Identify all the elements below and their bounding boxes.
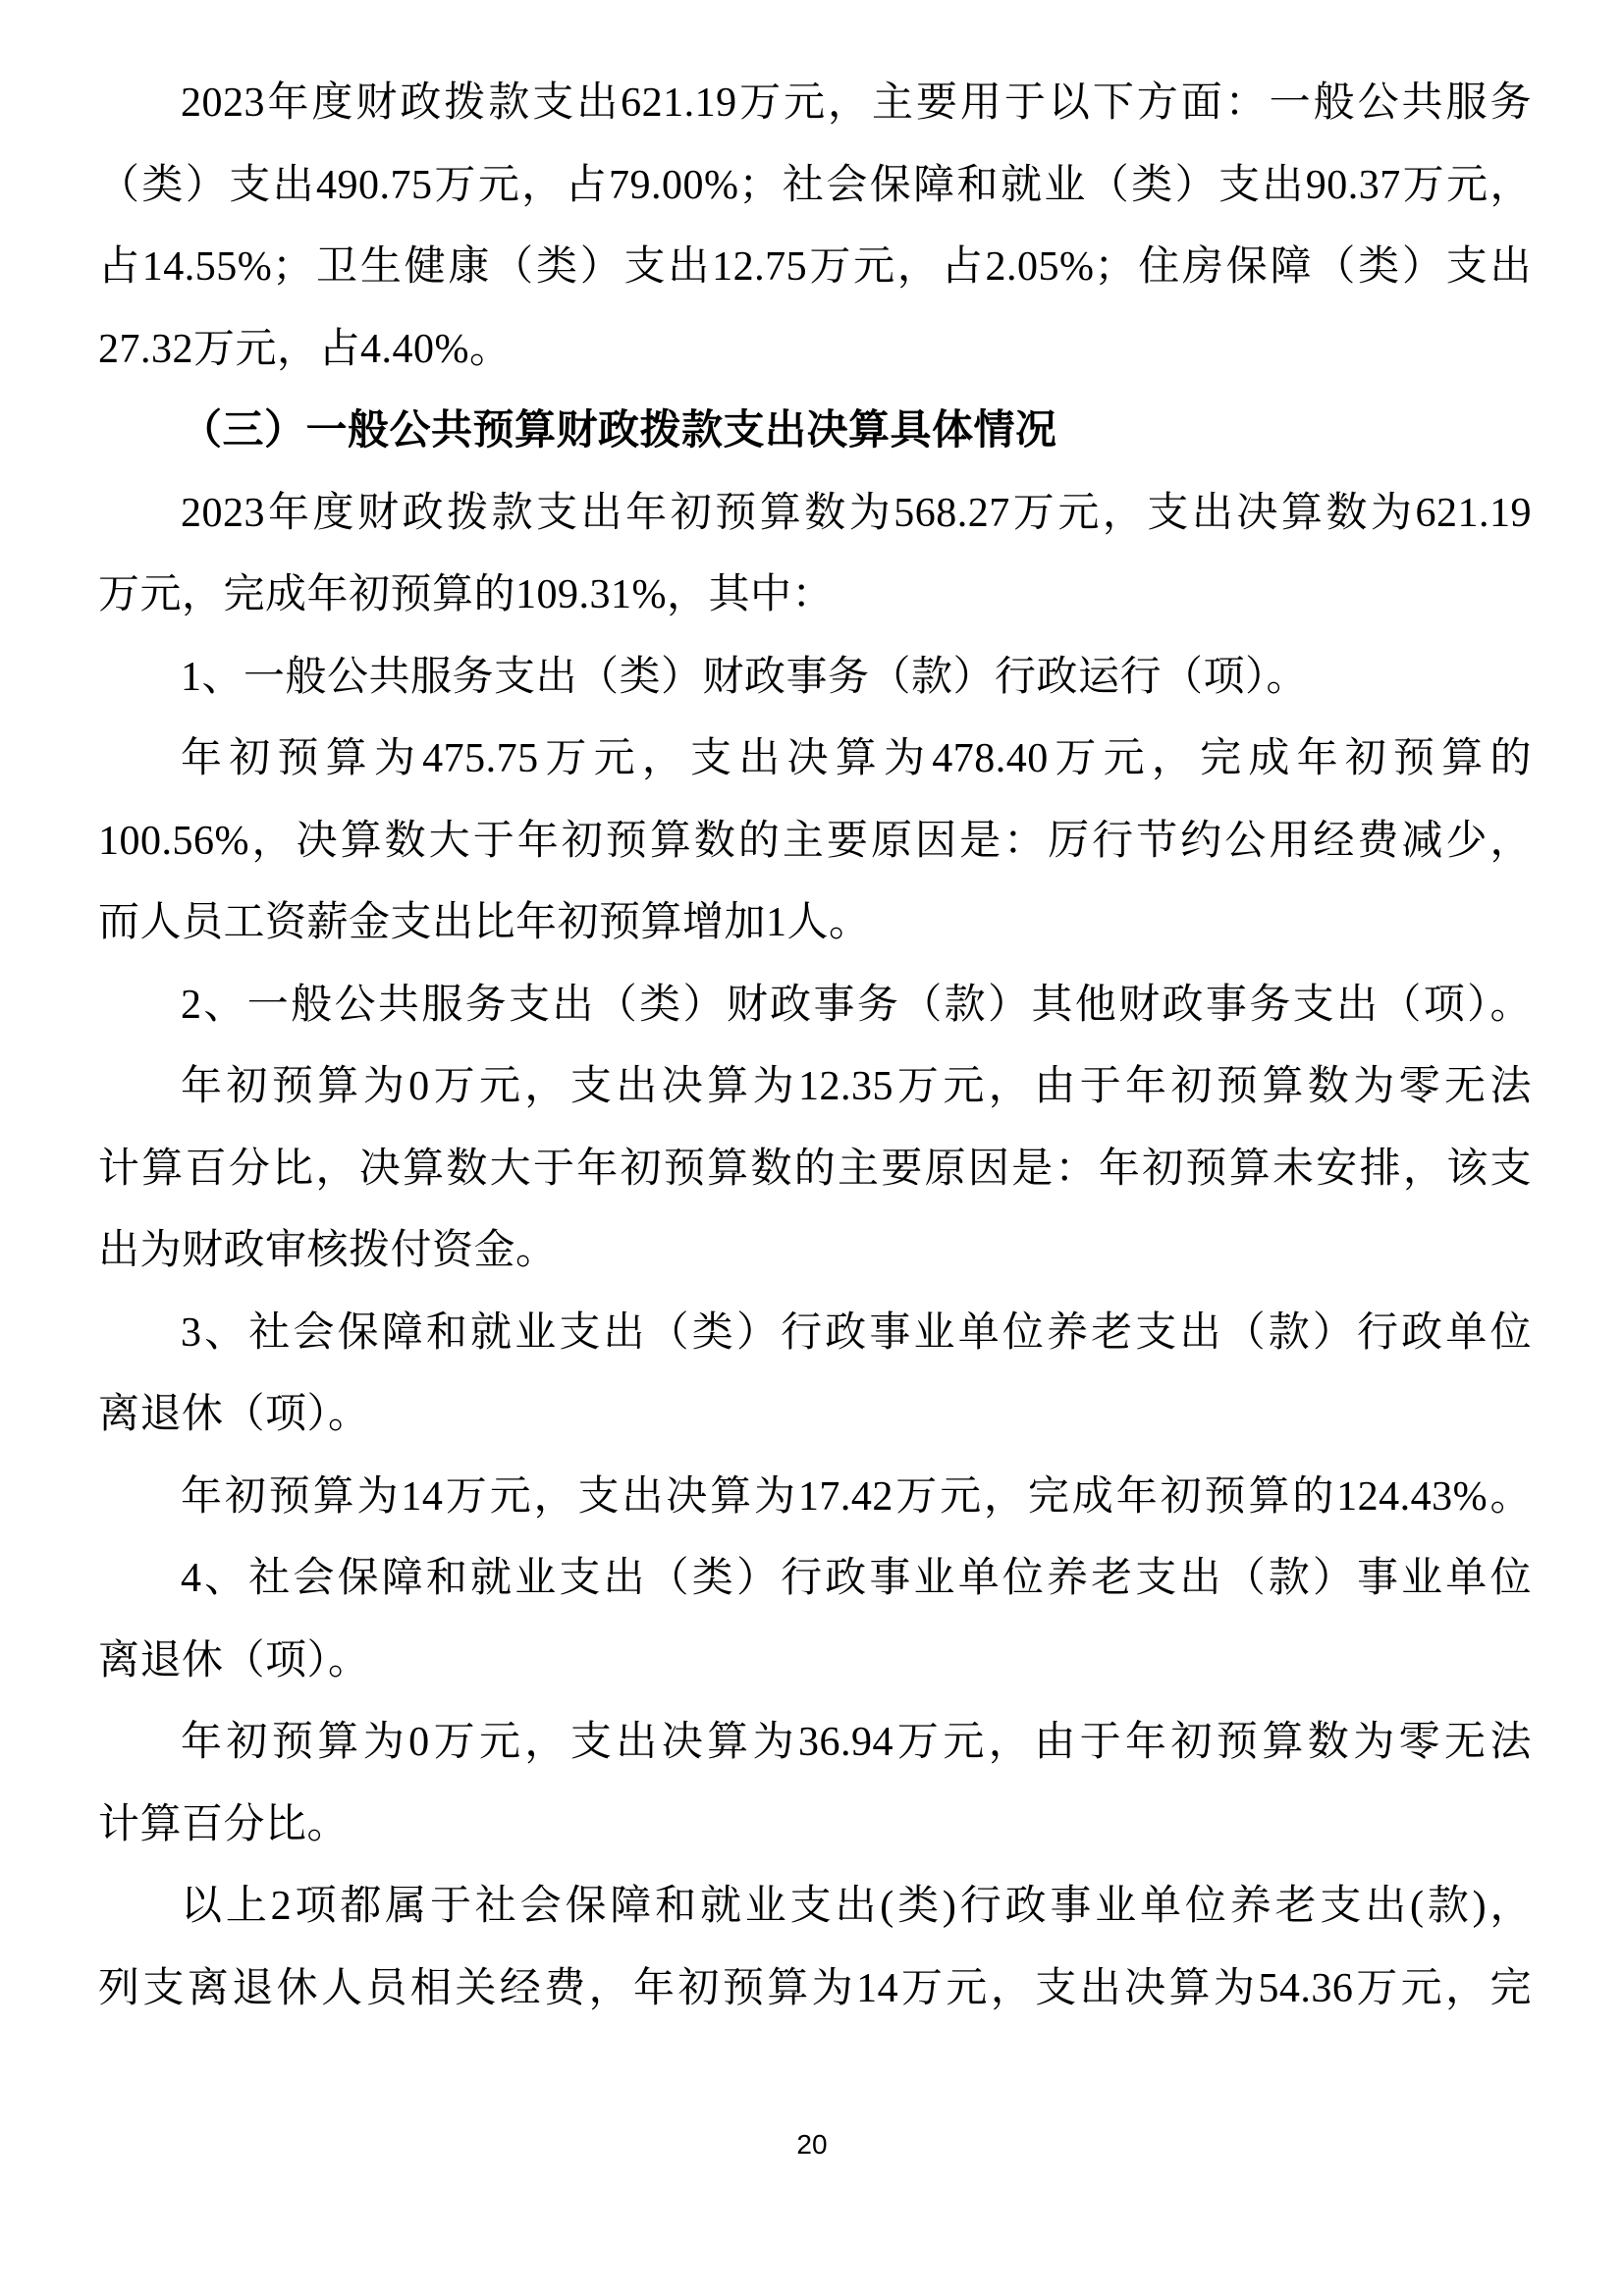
text-line: 年初预算为475.75万元，支出决算为478.40万元，完成年初预算的 (98, 719, 1532, 801)
text-line: 以上2项都属于社会保障和就业支出(类)行政事业单位养老支出(款)， (98, 1866, 1532, 1949)
document-body: 2023年度财政拨款支出621.19万元，主要用于以下方面：一般公共服务 （类）… (98, 63, 1532, 2030)
text-line: 2023年度财政拨款支出621.19万元，主要用于以下方面：一般公共服务 (98, 63, 1532, 145)
text-line: 出为财政审核拨付资金。 (98, 1210, 1532, 1293)
text-line: 而人员工资薪金支出比年初预算增加1人。 (98, 882, 1532, 965)
document-page: 2023年度财政拨款支出621.19万元，主要用于以下方面：一般公共服务 （类）… (0, 0, 1624, 2296)
text-line: 1、一般公共服务支出（类）财政事务（款）行政运行（项）。 (98, 637, 1532, 720)
text-line: 100.56%，决算数大于年初预算数的主要原因是：厉行节约公用经费减少， (98, 801, 1532, 883)
page-number: 20 (0, 2128, 1624, 2162)
text-line: 2、一般公共服务支出（类）财政事务（款）其他财政事务支出（项）。 (98, 965, 1532, 1047)
text-line: 年初预算为0万元，支出决算为12.35万元，由于年初预算数为零无法 (98, 1046, 1532, 1129)
text-line: 列支离退休人员相关经费，年初预算为14万元，支出决算为54.36万元，完 (98, 1949, 1532, 2031)
text-line: 年初预算为14万元，支出决算为17.42万元，完成年初预算的124.43%。 (98, 1457, 1532, 1539)
text-line: 4、社会保障和就业支出（类）行政事业单位养老支出（款）事业单位 (98, 1538, 1532, 1621)
text-line: 2023年度财政拨款支出年初预算数为568.27万元，支出决算数为621.19 (98, 473, 1532, 556)
text-line: 计算百分比。 (98, 1785, 1532, 1867)
text-line: 离退休（项）。 (98, 1621, 1532, 1703)
text-line: （类）支出490.75万元，占79.00%；社会保障和就业（类）支出90.37万… (98, 145, 1532, 228)
section-heading: （三）一般公共预算财政拨款支出决算具体情况 (98, 391, 1532, 473)
text-line: 占14.55%；卫生健康（类）支出12.75万元，占2.05%；住房保障（类）支… (98, 227, 1532, 309)
text-line: 3、社会保障和就业支出（类）行政事业单位养老支出（款）行政单位 (98, 1293, 1532, 1375)
text-line: 计算百分比，决算数大于年初预算数的主要原因是：年初预算未安排，该支 (98, 1129, 1532, 1211)
text-line: 离退休（项）。 (98, 1374, 1532, 1457)
text-line: 万元，完成年初预算的109.31%，其中： (98, 555, 1532, 637)
text-line: 年初预算为0万元，支出决算为36.94万元，由于年初预算数为零无法 (98, 1702, 1532, 1785)
text-line: 27.32万元，占4.40%。 (98, 309, 1532, 392)
